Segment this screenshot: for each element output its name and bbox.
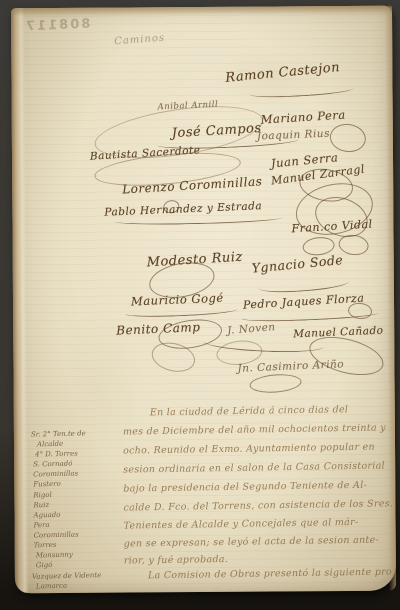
signature: Joaquin Rius <box>257 128 331 143</box>
body-text-line: bajo la presidencia del Segundo Teniente… <box>123 480 367 495</box>
margin-attendee: Sr. 2° Ten.te de <box>31 429 86 438</box>
body-text-line: En la ciudad de Lérida á cinco dias del <box>150 404 349 418</box>
signature: José Campos <box>171 121 262 141</box>
margin-attendee: Alcalde <box>37 440 63 449</box>
signature: Modesto Ruiz <box>146 250 243 271</box>
margin-attendee: Monsunny <box>36 551 73 560</box>
signature: J. Noven <box>227 321 276 337</box>
signature-flourish <box>249 373 302 395</box>
margin-attendee: Aguado <box>33 511 60 520</box>
pencil-annotation: Caminos <box>114 33 166 48</box>
margin-attendee: Rigol <box>33 491 52 499</box>
body-text-line: gen se expresan; se leyó el acta de la s… <box>124 535 380 550</box>
signature-flourish <box>249 83 353 99</box>
signature: Ramon Castejon <box>225 60 341 86</box>
signature: Benito Camp <box>116 320 201 338</box>
margin-attendee: Corominillas <box>34 530 79 539</box>
signature: Jn. Casimiro Ariño <box>237 358 344 374</box>
page-top-edge <box>11 6 392 17</box>
margin-attendee: Pera <box>33 521 49 529</box>
signature: Mariano Pera <box>260 108 346 127</box>
body-text-line: Tenientes de Alcalde y Concejales que al… <box>123 517 358 532</box>
margin-attendee: Torres <box>34 541 57 550</box>
body-text-line: La Comision de Obras presentó la siguien… <box>148 567 392 582</box>
signature: Bautista Sacerdote <box>90 144 201 163</box>
archive-stamp-number: 808117 <box>24 17 91 35</box>
margin-attendee: S. Cornadó <box>33 460 72 469</box>
signature: Pedro Jaques Florza <box>243 292 365 312</box>
body-text-line: mes de Diciembre del año mil ochocientos… <box>123 422 386 437</box>
binding-edge <box>11 8 29 593</box>
manuscript-page: 808117 Caminos Ramon Castejon Anibal Arn… <box>11 6 396 594</box>
signature-flourish <box>149 338 198 376</box>
signature: Mauricio Gogé <box>131 291 224 309</box>
signature: Manuel Cañado <box>293 325 384 341</box>
signature-flourish <box>328 122 367 155</box>
body-text-line: rior, y fué aprobada. <box>124 554 228 567</box>
body-text-line: calde D. Fco. del Torrens, con asistenci… <box>123 498 393 513</box>
signature: Pablo Hernandez y Estrada <box>104 200 262 219</box>
margin-attendee: Gigó <box>36 561 53 569</box>
signature-flourish <box>259 275 350 295</box>
margin-attendee: Corominillas <box>33 469 78 478</box>
margin-attendee: Lamarca <box>36 582 67 591</box>
signature: Lorenzo Corominillas <box>122 174 263 196</box>
signature: Anibal Arnill <box>157 100 218 113</box>
body-text-line: sesion ordinaria en el salon de la Casa … <box>123 460 385 475</box>
margin-attendee: Ruiz <box>33 501 49 509</box>
signature: Fran.co Vidal <box>291 218 373 236</box>
photo-backdrop: 808117 Caminos Ramon Castejon Anibal Arn… <box>0 0 400 610</box>
margin-attendee: Vazquez de Vidente <box>32 571 102 581</box>
body-text-line: ocho. Reunido el Exmo. Ayuntamiento popu… <box>123 442 375 457</box>
margin-attendee: Fustero <box>33 480 61 489</box>
margin-attendee: 4° D. Torres <box>35 450 78 459</box>
signature: Ygnacio Sode <box>251 252 344 276</box>
